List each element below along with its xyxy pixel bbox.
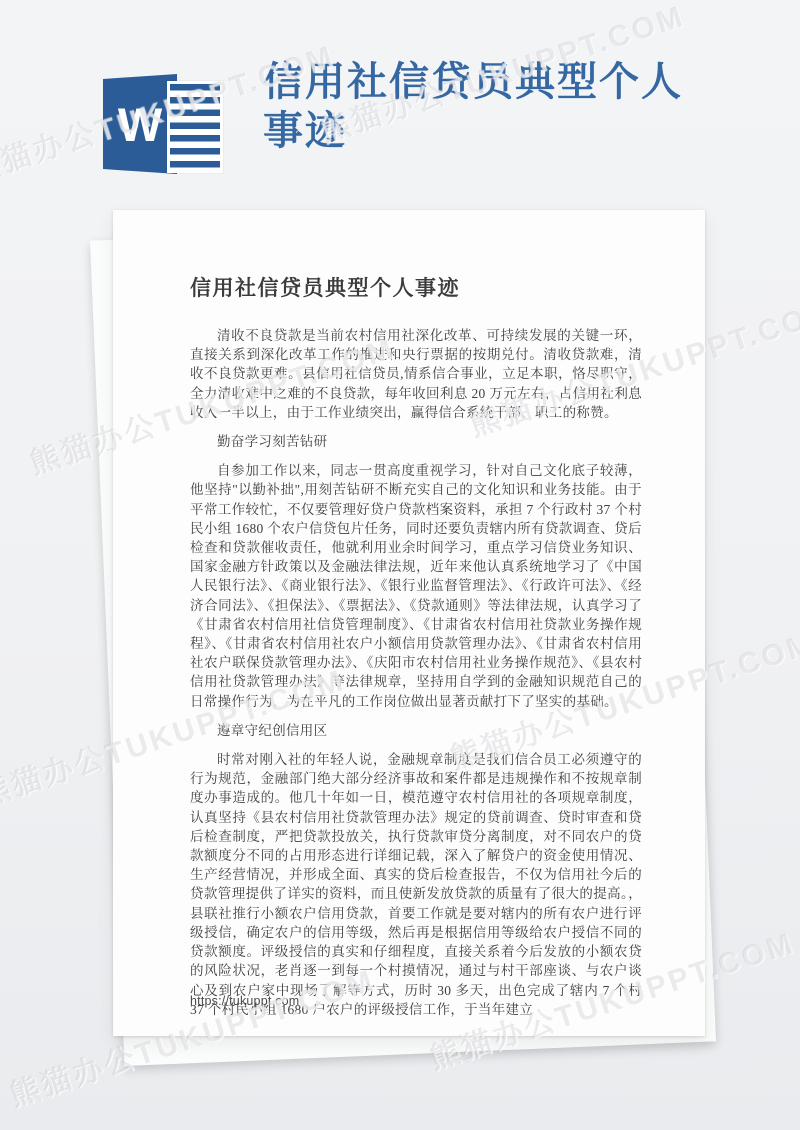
document-title: 信用社信贷员典型个人事迹 [190,272,642,302]
word-document-icon: W [99,72,223,176]
document-content: 信用社信贷员典型个人事迹 清收不良贷款是当前农村信用社深化改革、可持续发展的关键… [113,210,705,1036]
document-paragraph: 清收不良贷款是当前农村信用社深化改革、可持续发展的关键一环，直接关系到深化改革工… [190,326,642,422]
section-heading: 勤奋学习刻苦钻研 [190,432,642,451]
document-paragraph: 自参加工作以来，同志一贯高度重视学习，针对自己文化底子较薄，他坚持"以勤补拙",… [190,461,642,711]
page-title: 信用社信贷员典型个人事迹 [263,58,695,156]
document-page: 信用社信贷员典型个人事迹 清收不良贷款是当前农村信用社深化改革、可持续发展的关键… [113,210,705,1036]
preview-stage: W 信用社信贷员典型个人事迹 信用社信贷员典型个人事迹 清收不良贷款是当前农村信… [0,0,800,1130]
section-heading: 遵章守纪创信用区 [190,721,642,740]
document-paragraph: 时常对刚入社的年轻人说，金融规章制度是我们信合员工必须遵守的行为规范，金融部门绝… [190,750,642,1019]
word-icon-letter: W [103,74,177,174]
document-footer-url: https://tukuppt.com [190,994,299,1008]
header: W 信用社信贷员典型个人事迹 [0,0,800,200]
